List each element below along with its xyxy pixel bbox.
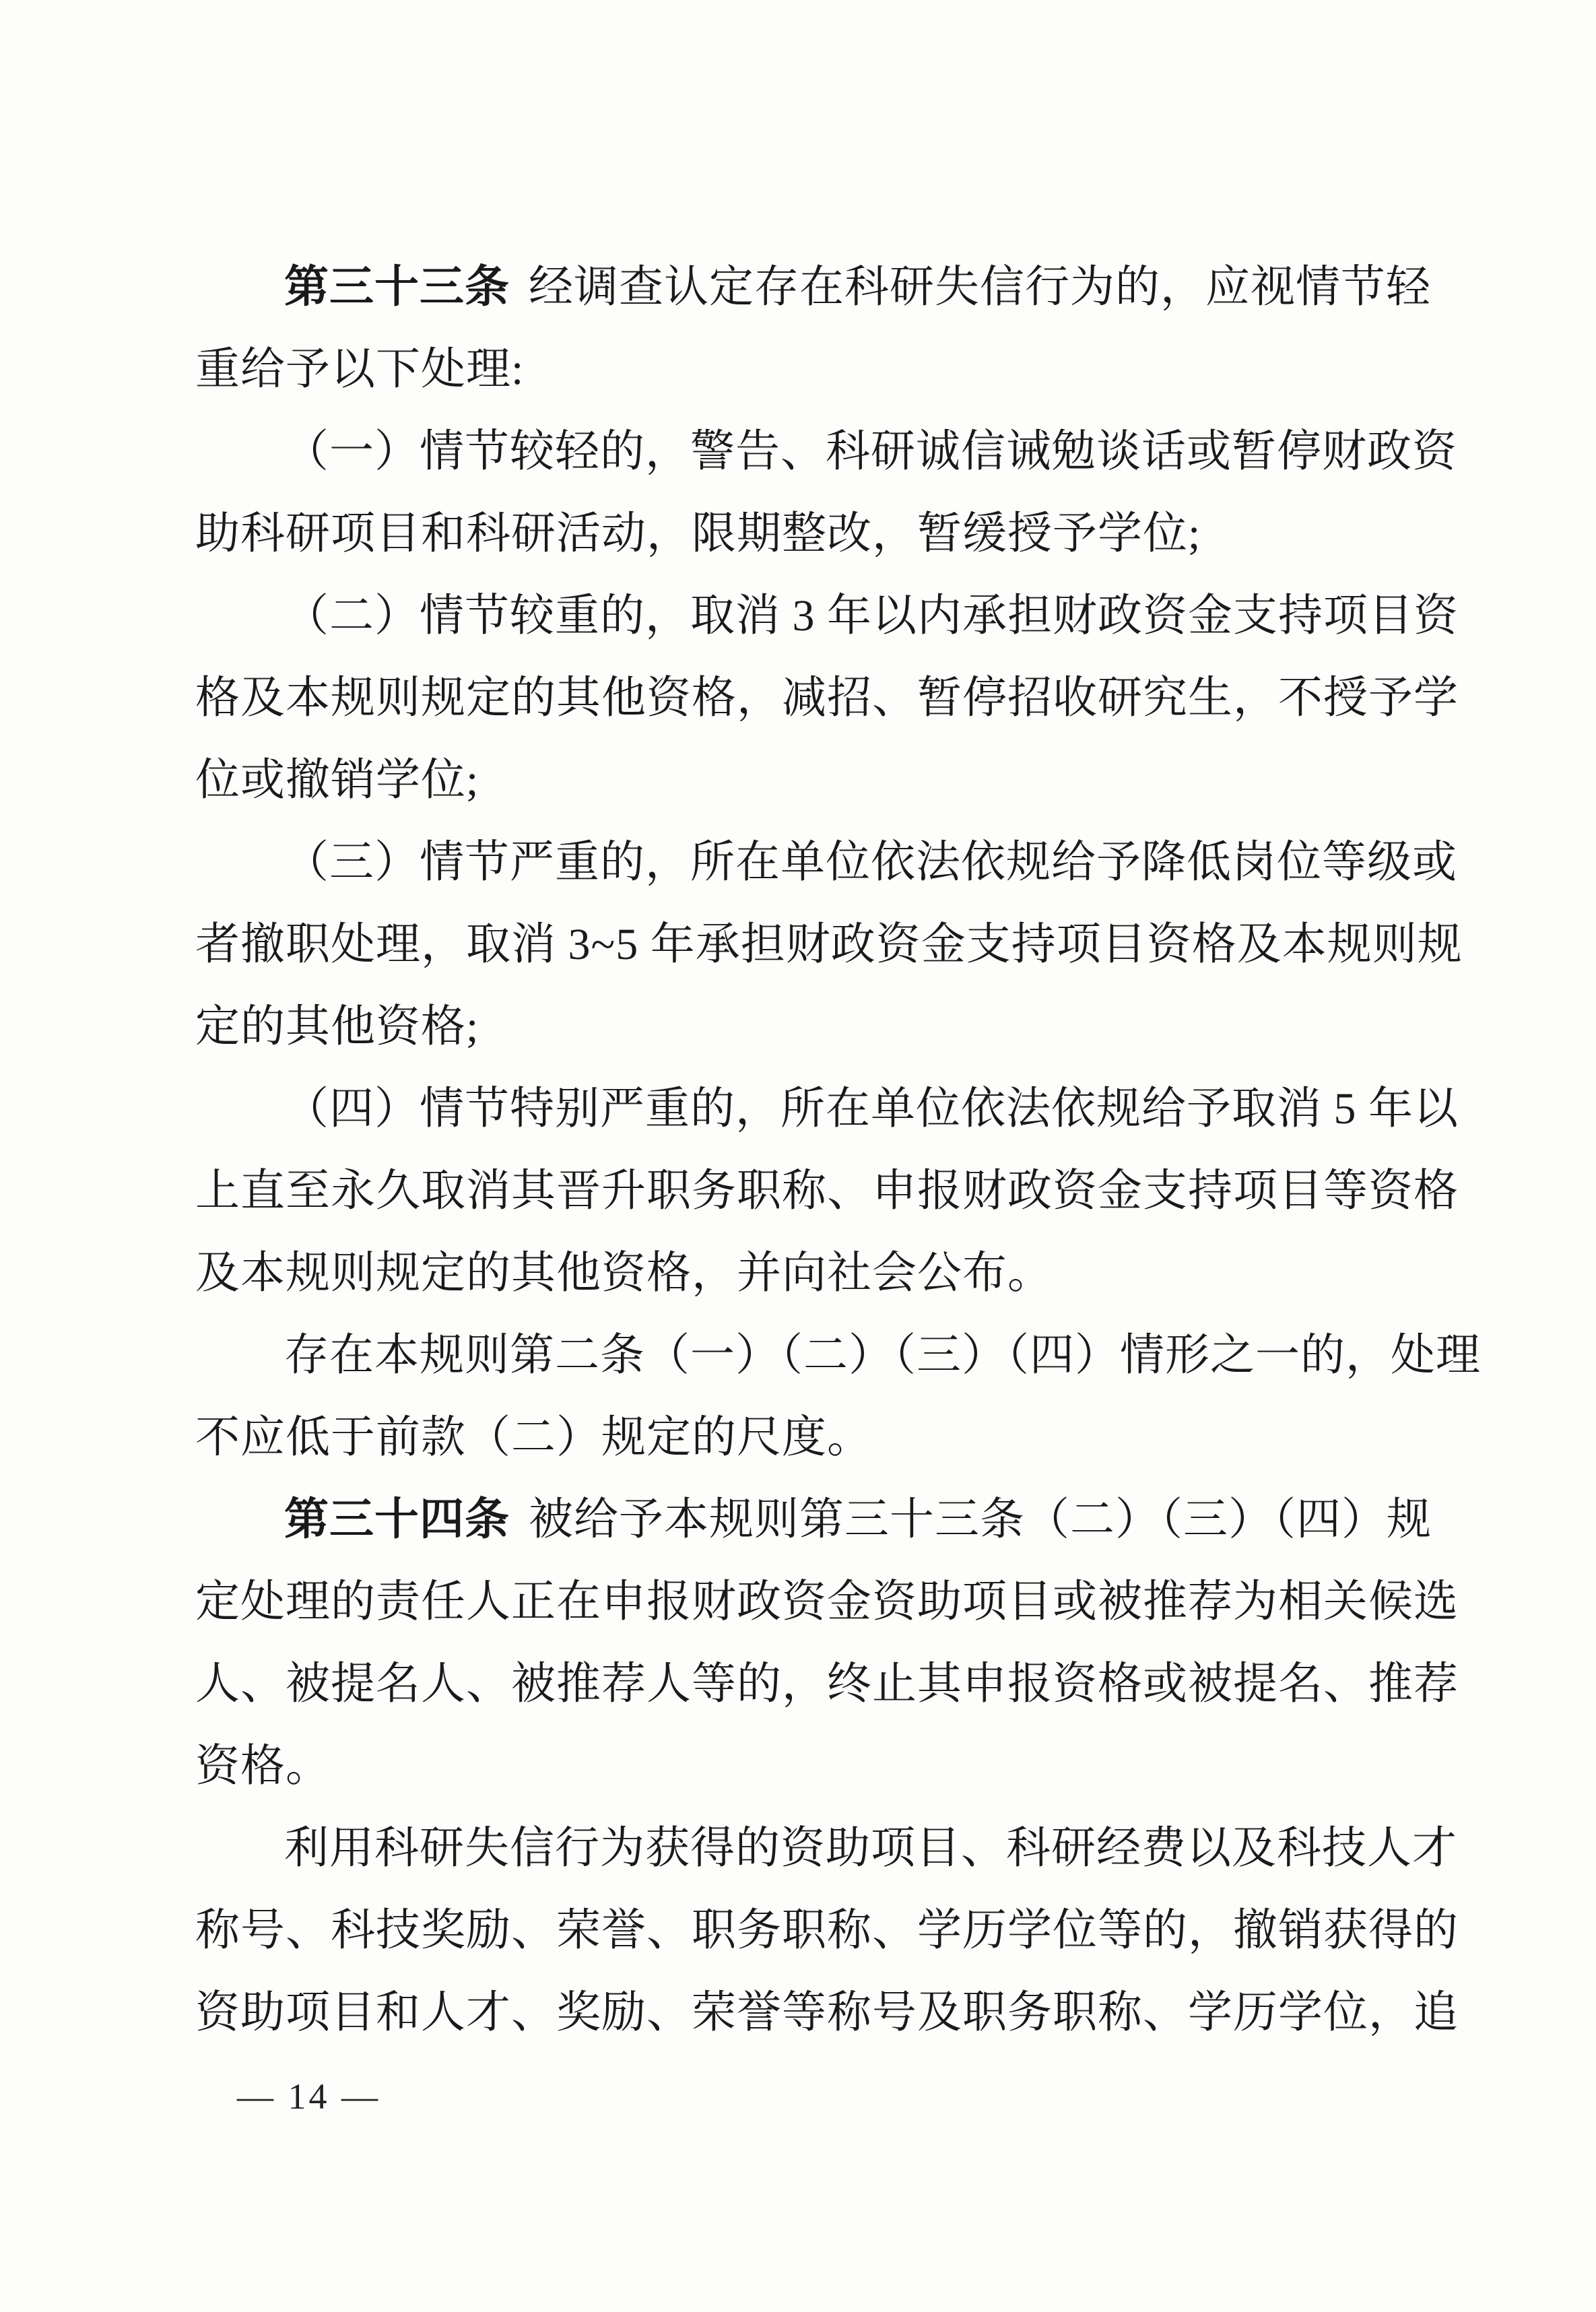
line-text: 及本规则规定的其他资格，并向社会公布。 bbox=[195, 1249, 1053, 1298]
line-text: 者撤职处理，取消 3~5 年承担财政资金支持项目资格及本规则规 bbox=[195, 920, 1463, 969]
line-text: （三）情节严重的，所在单位依法依规给予降低岗位等级或 bbox=[284, 838, 1457, 887]
line-text: 利用科研失信行为获得的资助项目、科研经费以及科技人才 bbox=[284, 1824, 1457, 1873]
line-text: 不应低于前款（二）规定的尺度。 bbox=[195, 1413, 872, 1462]
line-text: 存在本规则第二条（一）（二）（三）（四）情形之一的，处理 bbox=[284, 1331, 1481, 1380]
document-page: 第三十三条经调查认定存在科研失信行为的，应视情节轻重给予以下处理:（一）情节较轻… bbox=[0, 0, 1596, 2312]
text-line: 资格。 bbox=[195, 1724, 1429, 1806]
text-line: 不应低于前款（二）规定的尺度。 bbox=[195, 1395, 1429, 1478]
text-line: 位或撤销学位; bbox=[195, 738, 1429, 820]
text-line: 定的其他资格; bbox=[195, 985, 1429, 1067]
article-heading: 第三十四条 bbox=[284, 1494, 510, 1544]
line-text: 助科研项目和科研活动，限期整改，暂缓授予学位; bbox=[195, 509, 1201, 558]
text-line: 及本规则规定的其他资格，并向社会公布。 bbox=[195, 1231, 1429, 1313]
line-text: 定处理的责任人正在申报财政资金资助项目或被推荐为相关候选 bbox=[195, 1577, 1459, 1626]
line-text: 资格。 bbox=[195, 1742, 331, 1791]
line-text: 定的其他资格; bbox=[195, 1002, 479, 1051]
line-text: （一）情节较轻的，警告、科研诚信诫勉谈话或暂停财政资 bbox=[284, 427, 1457, 476]
text-line: （四）情节特别严重的，所在单位依法依规给予取消 5 年以 bbox=[195, 1067, 1429, 1149]
text-line: 存在本规则第二条（一）（二）（三）（四）情形之一的，处理 bbox=[195, 1313, 1429, 1395]
text-line: 助科研项目和科研活动，限期整改，暂缓授予学位; bbox=[195, 492, 1429, 574]
line-text: 资助项目和人才、奖励、荣誉等称号及职务职称、学历学位，追 bbox=[195, 1988, 1459, 2037]
line-text: 经调查认定存在科研失信行为的，应视情节轻 bbox=[529, 263, 1431, 312]
text-line: （一）情节较轻的，警告、科研诚信诫勉谈话或暂停财政资 bbox=[195, 409, 1429, 492]
text-line: 第三十四条被给予本规则第三十三条（二）（三）（四）规 bbox=[195, 1478, 1429, 1560]
line-text: 人、被提名人、被推荐人等的，终止其申报资格或被提名、推荐 bbox=[195, 1659, 1459, 1709]
line-text: 重给予以下处理: bbox=[195, 345, 524, 394]
text-line: 称号、科技奖励、荣誉、职务职称、学历学位等的，撤销获得的 bbox=[195, 1888, 1429, 1971]
text-line: 资助项目和人才、奖励、荣誉等称号及职务职称、学历学位，追 bbox=[195, 1971, 1429, 2053]
line-text: （四）情节特别严重的，所在单位依法依规给予取消 5 年以 bbox=[284, 1084, 1459, 1133]
article-heading: 第三十三条 bbox=[284, 261, 510, 311]
text-line: 重给予以下处理: bbox=[195, 327, 1429, 409]
line-text: 位或撤销学位; bbox=[195, 756, 479, 805]
line-text: 被给予本规则第三十三条（二）（三）（四）规 bbox=[529, 1495, 1432, 1544]
line-text: 称号、科技奖励、荣誉、职务职称、学历学位等的，撤销获得的 bbox=[195, 1906, 1459, 1955]
page-footer: — 14 — bbox=[237, 2078, 380, 2115]
document-body: 第三十三条经调查认定存在科研失信行为的，应视情节轻重给予以下处理:（一）情节较轻… bbox=[195, 245, 1429, 2053]
text-line: 第三十三条经调查认定存在科研失信行为的，应视情节轻 bbox=[195, 245, 1429, 327]
line-text: （二）情节较重的，取消 3 年以内承担财政资金支持项目资 bbox=[284, 591, 1459, 640]
text-line: 定处理的责任人正在申报财政资金资助项目或被推荐为相关候选 bbox=[195, 1560, 1429, 1642]
page-number: — 14 — bbox=[237, 2076, 380, 2117]
text-line: （三）情节严重的，所在单位依法依规给予降低岗位等级或 bbox=[195, 820, 1429, 902]
text-line: 上直至永久取消其晋升职务职称、申报财政资金支持项目等资格 bbox=[195, 1149, 1429, 1231]
text-line: 利用科研失信行为获得的资助项目、科研经费以及科技人才 bbox=[195, 1806, 1429, 1888]
line-text: 格及本规则规定的其他资格，减招、暂停招收研究生，不授予学 bbox=[195, 673, 1459, 723]
line-text: 上直至永久取消其晋升职务职称、申报财政资金支持项目等资格 bbox=[195, 1166, 1459, 1216]
text-line: （二）情节较重的，取消 3 年以内承担财政资金支持项目资 bbox=[195, 574, 1429, 656]
text-line: 者撤职处理，取消 3~5 年承担财政资金支持项目资格及本规则规 bbox=[195, 902, 1429, 985]
text-line: 格及本规则规定的其他资格，减招、暂停招收研究生，不授予学 bbox=[195, 656, 1429, 738]
text-line: 人、被提名人、被推荐人等的，终止其申报资格或被提名、推荐 bbox=[195, 1642, 1429, 1724]
